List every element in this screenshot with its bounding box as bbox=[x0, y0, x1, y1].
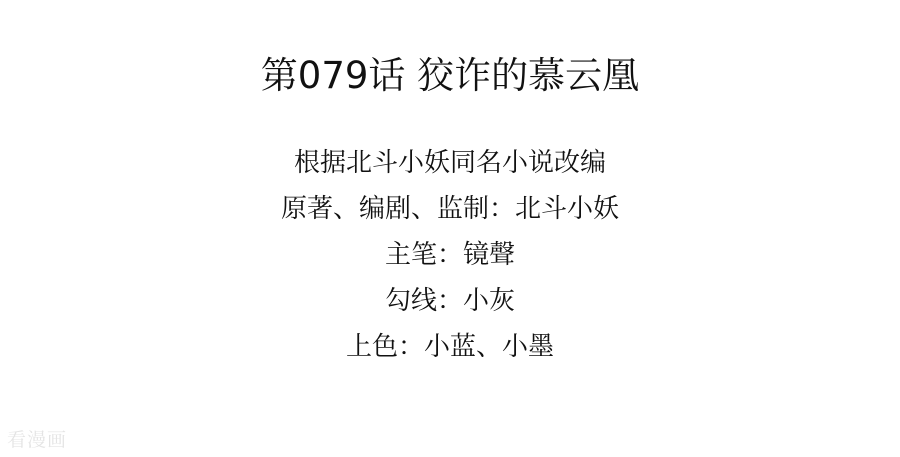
credit-source: 根据北斗小妖同名小说改编 bbox=[0, 140, 900, 186]
watermark-logo: 看漫画 bbox=[7, 425, 67, 452]
credit-coloring: 上色：小蓝、小墨 bbox=[0, 324, 900, 370]
credit-author: 原著、编剧、监制：北斗小妖 bbox=[0, 186, 900, 232]
credits-block: 根据北斗小妖同名小说改编 原著、编剧、监制：北斗小妖 主笔：镜聲 勾线：小灰 上… bbox=[0, 140, 900, 370]
credit-main-artist: 主笔：镜聲 bbox=[0, 232, 900, 278]
chapter-title: 第079话 狡诈的慕云凰 bbox=[0, 52, 900, 100]
credit-line-art: 勾线：小灰 bbox=[0, 278, 900, 324]
